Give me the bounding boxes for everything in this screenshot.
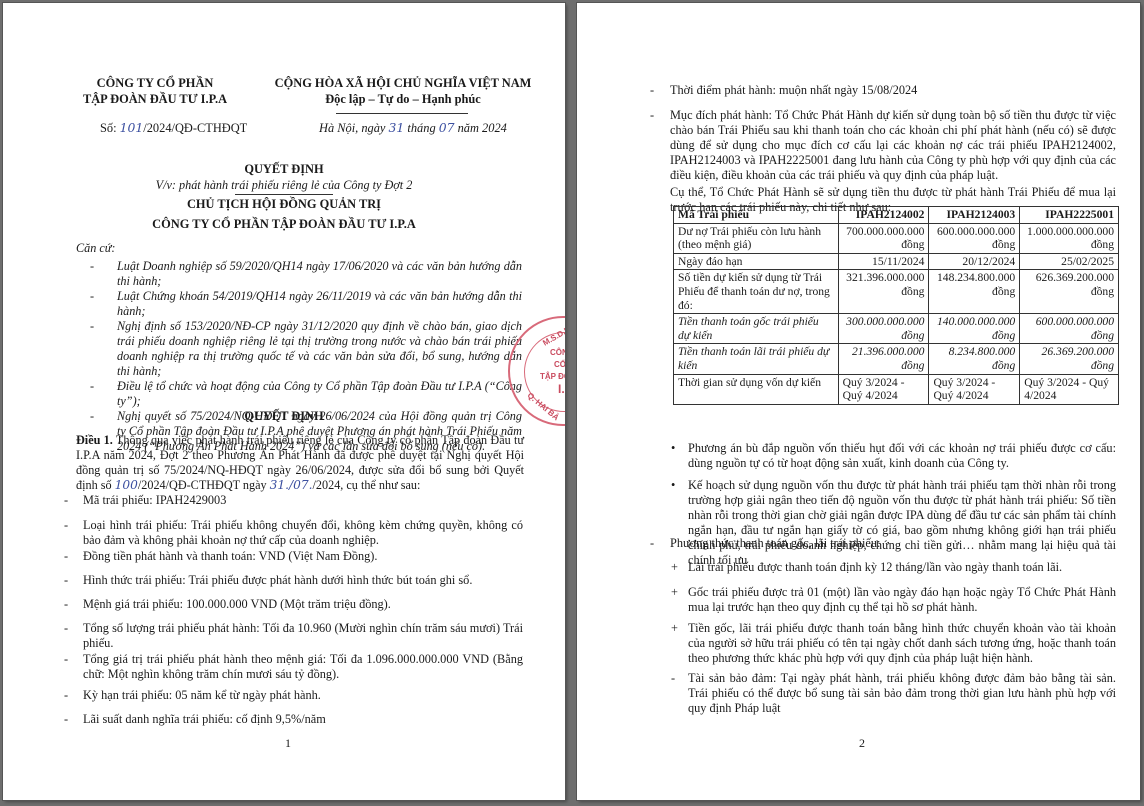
article-1-label: Điều 1. bbox=[76, 433, 113, 447]
table-cell: 600.000.000.000 đồng bbox=[1020, 314, 1119, 344]
table-cell: 25/02/2025 bbox=[1020, 253, 1119, 270]
basis-list: Luật Doanh nghiệp số 59/2020/QH14 ngày 1… bbox=[60, 259, 522, 454]
document-page-1: CÔNG TY CỔ PHẦN TẬP ĐOÀN ĐẦU TƯ I.P.A CỘ… bbox=[3, 3, 565, 800]
table-cell: 148.234.800.000 đồng bbox=[929, 270, 1020, 314]
term-item: -Mã trái phiếu: IPAH2429003 bbox=[83, 493, 523, 508]
basis-item: Luật Chứng khoán 54/2019/QH14 ngày 26/11… bbox=[60, 289, 522, 319]
table-row: Tiền thanh toán lãi trái phiếu dự kiến21… bbox=[674, 344, 1119, 374]
row-label: Ngày đáo hạn bbox=[674, 253, 839, 270]
table-cell: 26.369.200.000 đồng bbox=[1020, 344, 1119, 374]
payment-method: -Phương thức thanh toán gốc, lãi trái ph… bbox=[670, 536, 1116, 551]
table-row: Ngày đáo hạn15/11/202420/12/202425/02/20… bbox=[674, 253, 1119, 270]
table-header-row: Mã Trái phiếu IPAH2124002 IPAH2124003 IP… bbox=[674, 207, 1119, 224]
payment-item: +Lãi trái phiếu được thanh toán định kỳ … bbox=[688, 560, 1116, 575]
table-cell: 300.000.000.000 đồng bbox=[838, 314, 929, 344]
term-item: -Loại hình trái phiếu: Trái phiếu không … bbox=[83, 518, 523, 548]
table-cell: 626.369.200.000 đồng bbox=[1020, 270, 1119, 314]
company-line-2: TẬP ĐOÀN ĐẦU TƯ I.P.A bbox=[75, 91, 235, 107]
page-number: 1 bbox=[285, 736, 291, 751]
page-number: 2 bbox=[859, 736, 865, 751]
company-line-1: CÔNG TY CỔ PHẦN bbox=[75, 75, 235, 91]
table-cell: 321.396.000.000 đồng bbox=[838, 270, 929, 314]
term-item: -Mệnh giá trái phiếu: 100.000.000 VND (M… bbox=[83, 597, 523, 612]
row-label: Tiền thanh toán gốc trái phiếu dự kiến bbox=[674, 314, 839, 344]
table-cell: 20/12/2024 bbox=[929, 253, 1020, 270]
table-body: Dư nợ Trái phiếu còn lưu hành (theo mệnh… bbox=[674, 223, 1119, 404]
handwritten-doc-number: 101 bbox=[120, 120, 144, 135]
term-item: -Hình thức trái phiếu: Trái phiếu được p… bbox=[83, 573, 523, 588]
term-item: -Kỳ hạn trái phiếu: 05 năm kể từ ngày ph… bbox=[83, 688, 523, 703]
column-header: IPAH2124003 bbox=[929, 207, 1020, 224]
document-date: Hà Nội, ngày 31 tháng 07 năm 2024 bbox=[319, 120, 507, 136]
table-cell: 600.000.000.000 đồng bbox=[929, 223, 1020, 253]
document-subject: V/v: phát hành trái phiếu riêng lẻ của C… bbox=[3, 178, 565, 193]
table-cell: 140.000.000.000 đồng bbox=[929, 314, 1020, 344]
row-label: Dư nợ Trái phiếu còn lưu hành (theo mệnh… bbox=[674, 223, 839, 253]
table-row: Thời gian sử dụng vốn dự kiếnQuý 3/2024 … bbox=[674, 374, 1119, 404]
term-item: -Tổng số lượng trái phiếu phát hành: Tối… bbox=[83, 621, 523, 651]
article-1: Điều 1. Thông qua việc phát hành trái ph… bbox=[76, 433, 524, 493]
row-label: Số tiền dự kiến sử dụng từ Trái Phiếu để… bbox=[674, 270, 839, 314]
table-cell: Quý 3/2024 - Quý 4/2024 bbox=[1020, 374, 1119, 404]
column-header: Mã Trái phiếu bbox=[674, 207, 839, 224]
issue-purpose: -Mục đích phát hành: Tổ Chức Phát Hành d… bbox=[670, 108, 1116, 183]
handwritten-decision-number: 100 bbox=[115, 478, 138, 492]
bullet-item: •Phương án bù đắp nguồn vốn thiếu hụt đố… bbox=[688, 441, 1116, 471]
motto-underline bbox=[336, 113, 468, 114]
issuer-title: CHỦ TỊCH HỘI ĐỒNG QUẢN TRỊ bbox=[3, 196, 565, 212]
column-header: IPAH2225001 bbox=[1020, 207, 1119, 224]
handwritten-month: 07 bbox=[439, 120, 455, 135]
basis-item: Nghị định số 153/2020/NĐ-CP ngày 31/12/2… bbox=[60, 319, 522, 379]
table-cell: 8.234.800.000 đồng bbox=[929, 344, 1020, 374]
republic-name: CỘNG HÒA XÃ HỘI CHỦ NGHĨA VIỆT NAM bbox=[253, 75, 553, 91]
collateral: -Tài sản bảo đảm: Tại ngày phát hành, tr… bbox=[688, 671, 1116, 716]
table-cell: 700.000.000.000 đồng bbox=[838, 223, 929, 253]
company-header: CÔNG TY CỔ PHẦN TẬP ĐOÀN ĐẦU TƯ I.P.A bbox=[75, 75, 235, 107]
row-label: Tiền thanh toán lãi trái phiếu dự kiến bbox=[674, 344, 839, 374]
basis-item: Điều lệ tổ chức và hoạt động của Công ty… bbox=[60, 379, 522, 409]
row-label: Thời gian sử dụng vốn dự kiến bbox=[674, 374, 839, 404]
national-header: CỘNG HÒA XÃ HỘI CHỦ NGHĨA VIỆT NAM Độc l… bbox=[253, 75, 553, 107]
document-number: Số: 101/2024/QĐ-CTHĐQT bbox=[100, 120, 247, 136]
basis-label: Căn cứ: bbox=[76, 241, 115, 256]
document-title: QUYẾT ĐỊNH bbox=[3, 161, 565, 177]
column-header: IPAH2124002 bbox=[838, 207, 929, 224]
basis-item: Luật Doanh nghiệp số 59/2020/QH14 ngày 1… bbox=[60, 259, 522, 289]
table-cell: 15/11/2024 bbox=[838, 253, 929, 270]
document-page-2: -Thời điểm phát hành: muộn nhất ngày 15/… bbox=[577, 3, 1140, 800]
payment-item: +Gốc trái phiếu được trả 01 (một) lần và… bbox=[688, 585, 1116, 615]
national-motto: Độc lập – Tự do – Hạnh phúc bbox=[253, 91, 553, 107]
table-cell: Quý 3/2024 - Quý 4/2024 bbox=[838, 374, 929, 404]
table-cell: 21.396.000.000 đồng bbox=[838, 344, 929, 374]
bullet-item: •Kế hoạch sử dụng nguồn vốn thu được từ … bbox=[688, 478, 1116, 568]
table-row: Dư nợ Trái phiếu còn lưu hành (theo mệnh… bbox=[674, 223, 1119, 253]
table-cell: Quý 3/2024 - Quý 4/2024 bbox=[929, 374, 1020, 404]
issuer-company: CÔNG TY CỔ PHẦN TẬP ĐOÀN ĐẦU TƯ I.P.A bbox=[3, 216, 565, 232]
table-row: Số tiền dự kiến sử dụng từ Trái Phiếu để… bbox=[674, 270, 1119, 314]
issue-time: -Thời điểm phát hành: muộn nhất ngày 15/… bbox=[670, 83, 1116, 98]
table-cell: 1.000.000.000.000 đồng bbox=[1020, 223, 1119, 253]
bond-refinance-table: Mã Trái phiếu IPAH2124002 IPAH2124003 IP… bbox=[673, 206, 1119, 405]
decision-heading: QUYẾT ĐỊNH bbox=[3, 408, 565, 424]
table-row: Tiền thanh toán gốc trái phiếu dự kiến30… bbox=[674, 314, 1119, 344]
term-item: -Đồng tiền phát hành và thanh toán: VND … bbox=[83, 549, 523, 564]
term-item: -Lãi suất danh nghĩa trái phiếu: cố định… bbox=[83, 712, 523, 727]
handwritten-day: 31 bbox=[389, 120, 405, 135]
term-item: -Tổng giá trị trái phiếu phát hành theo … bbox=[83, 652, 523, 682]
subject-underline bbox=[235, 194, 333, 195]
handwritten-decision-date: 31./07. bbox=[270, 478, 313, 492]
payment-item: +Tiền gốc, lãi trái phiếu được thanh toá… bbox=[688, 621, 1116, 666]
